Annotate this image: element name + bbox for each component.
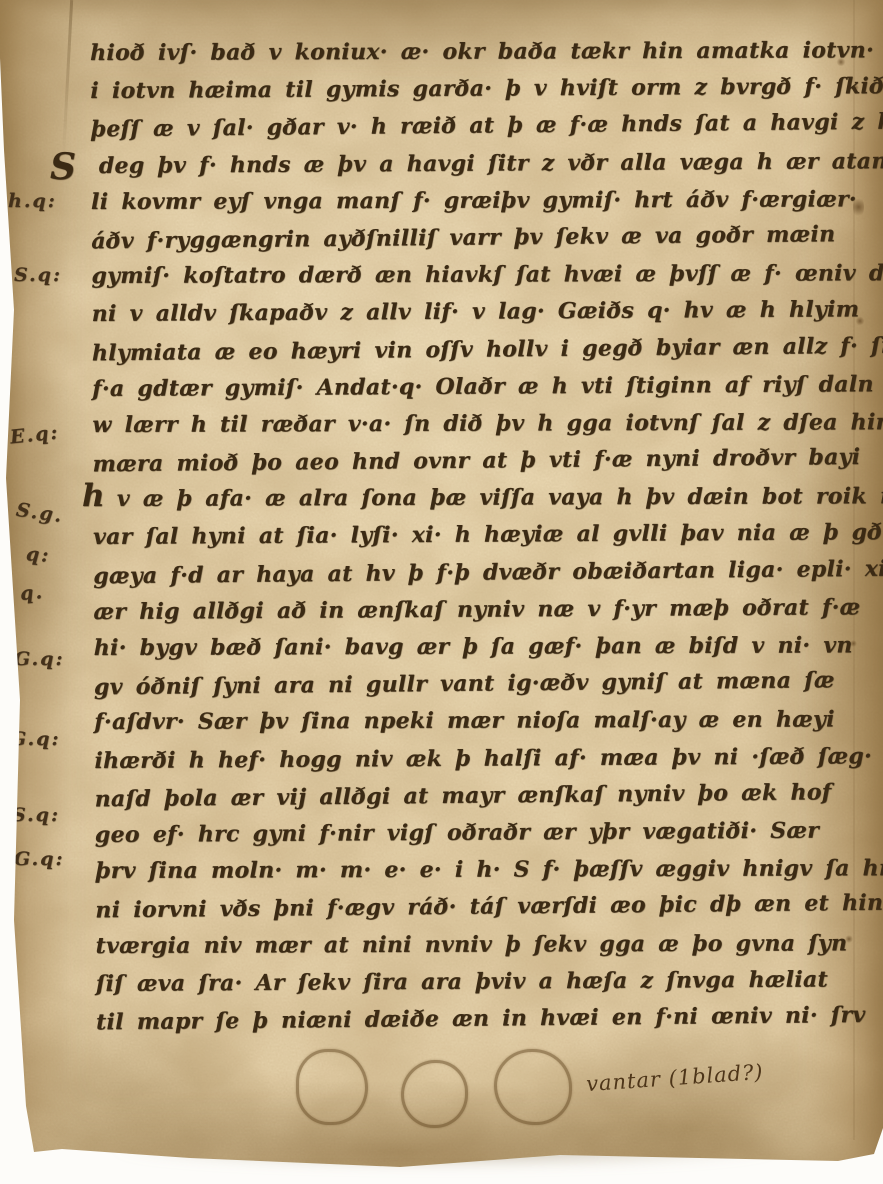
manuscript-line: ihærði h hef· hogg niv æk þ halſi af· mæ… [94,738,860,780]
manuscript-line: áðv f·ryggængrin ayðſnilliſ varr þv ſekv… [91,216,857,261]
manuscript-line: gæya f·d ar haya at hv þ f·þ dvæðr obæið… [93,551,859,596]
manuscript-line: li kovmr eyſ vnga manſ f· græiþv gymiſ· … [91,181,857,221]
manuscript-line: gv óðniſ ſyni ara ni gullr vant ig·æðv g… [94,662,860,707]
manuscript-line: deg þv f· hnds æ þv a havgi ſitr z vðr a… [91,143,857,185]
parchment-page: hioð ivſ· bað v koniux· æ· okr baða tækr… [0,0,883,1184]
manuscript-line: hioð ivſ· bað v koniux· æ· okr baða tækr… [90,32,856,72]
manuscript-line: hi· bygv bæð ſani· bavg ær þ ſa gæf· þan… [94,627,860,667]
manuscript-line: þeſſ æ v ſal· gðar v· h ræið at þ æ f·æ … [90,104,856,149]
manuscript-line: var ſal hyni at ſia· lyſi· xi· h hæyiæ a… [93,515,859,557]
ink-circle [296,1049,368,1125]
large-initial-h: h [82,478,105,514]
ink-circle [494,1049,572,1125]
ink-circle [401,1060,468,1128]
text-block: hioð ivſ· bað v koniux· æ· okr baða tækr… [90,31,862,1040]
manuscript-line: geo ef· hrc gyni f·nir vigſ oðraðr ær yþ… [95,812,861,854]
scanned-manuscript-image: hioð ivſ· bað v koniux· æ· okr baða tækr… [0,0,883,1184]
manuscript-line: ær hig allðgi að in ænſkaſ nyniv næ v f·… [93,589,859,631]
manuscript-line: w lærr h til ræðar v·a· ſn dið þv h gga … [92,404,858,444]
manuscript-line: tværgia niv mær at nini nvniv þ ſekv gga… [95,925,861,965]
manuscript-line: hlymiata æ eo hæyri vin oſſv hollv i geg… [92,327,858,372]
margin-speaker-mark: S.q: [14,264,62,286]
manuscript-line: mæra mioð þo aeo hnd ovnr at þ vti f·æ n… [92,439,858,484]
manuscript-line: ni iorvni vðs þni f·ægv ráð· táſ værſdi … [95,885,861,930]
margin-speaker-mark: G.q: [10,728,60,750]
manuscript-line: f·aſdvr· Sær þv ſina npeki mær nioſa mal… [94,702,860,742]
margin-speaker-mark: q. [19,581,45,605]
margin-speaker-mark: G.q: [14,848,64,870]
large-initial-s: S [50,146,76,188]
manuscript-line: þrv ſina moln· m· m· e· e· i h· S f· þæſ… [95,850,861,890]
manuscript-line: naſd þola ær vij allðgi at mayr ænſkaſ n… [94,774,860,819]
manuscript-line: f·a gdtær gymiſ· Andat·q· Olaðr æ h vti … [92,366,858,408]
margin-speaker-mark: G.q: [14,648,64,670]
manuscript-line: ſiſ æva ſra· Ar ſekv ſira ara þviv a hæſ… [96,961,862,1003]
manuscript-line: v æ þ afa· æ alra ſona þæ viſſa vaya h þ… [93,479,859,519]
margin-speaker-mark: S.q: [12,804,60,826]
manuscript-line: til mapr ſe þ niæni dæiðe æn in hvæi en … [96,997,862,1042]
margin-speaker-mark: q: [25,543,51,567]
manuscript-line: gymiſ· koſtatro dærð æn hiavkſ ſat hvæi … [91,255,857,295]
manuscript-line: ni v alldv ſkapaðv z allv lif· v lag· Gæ… [92,292,858,334]
margin-speaker-mark: h.q: [8,190,57,212]
